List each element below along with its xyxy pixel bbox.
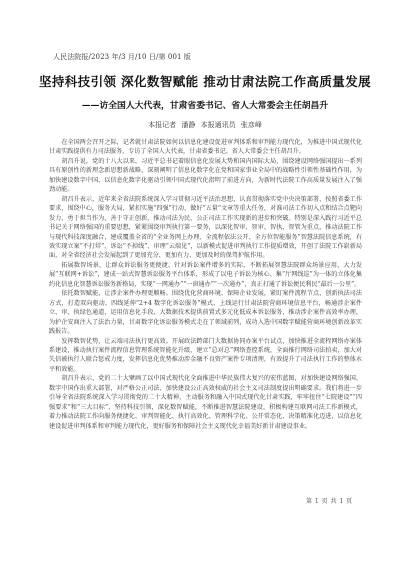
source-line: 人民法院报/2023 年/3 月/10 日/第 001 版 [53, 52, 191, 62]
paragraph: 胡昌升表示，近年来全省法院系统深入学习贯彻习近平法治思想，认真贯彻落实党中央决策… [49, 195, 362, 261]
paragraph: 胡昌升说，党的十八大以来，习近平总书记着眼信息化发展大势和国内国际大局，围绕建设… [49, 157, 362, 195]
article-title: 坚持科技引领 深化数智赋能 推动甘肃法院工作高质量发展 [0, 72, 410, 90]
page-footer: 第 1 页 共 1 页 [306, 496, 352, 505]
paragraph: 在全国两会召开之际，记者就甘肃法院如何以信息化建设促进审判体系和审判能力现代化，… [49, 138, 362, 157]
paragraph: 发挥数智优势，让云端司法执行更高效。开展政法跨部门大数据协同办案平台试点，加快推… [49, 337, 362, 375]
byline: 本报记者 潘静 本报通讯员 张彦峰 [0, 120, 410, 130]
article-body: 在全国两会召开之际，记者就甘肃法院如何以信息化建设促进审判体系和审判能力现代化，… [49, 138, 362, 431]
paragraph: 依托数智赋能，让涉企案件办理更顺畅。围绕优化营商环境、保障企业发展，紧盯案件流程… [49, 289, 362, 336]
article-subtitle: ——访全国人大代表，甘肃省委书记、省人大常委会主任胡昌升 [0, 98, 410, 111]
paragraph: 拓展数智场景，让群众诉讼服务更便捷。针对诉讼案件增多的实际，不断拓展智慧法院群众… [49, 261, 362, 289]
paragraph: 胡昌升表示，党的二十大擘画了以中国式现代化全面推进中华民族伟大复兴的宏伟蓝图，对… [49, 374, 362, 431]
document-page: 人民法院报/2023 年/3 月/10 日/第 001 版 坚持科技引领 深化数… [0, 0, 410, 580]
